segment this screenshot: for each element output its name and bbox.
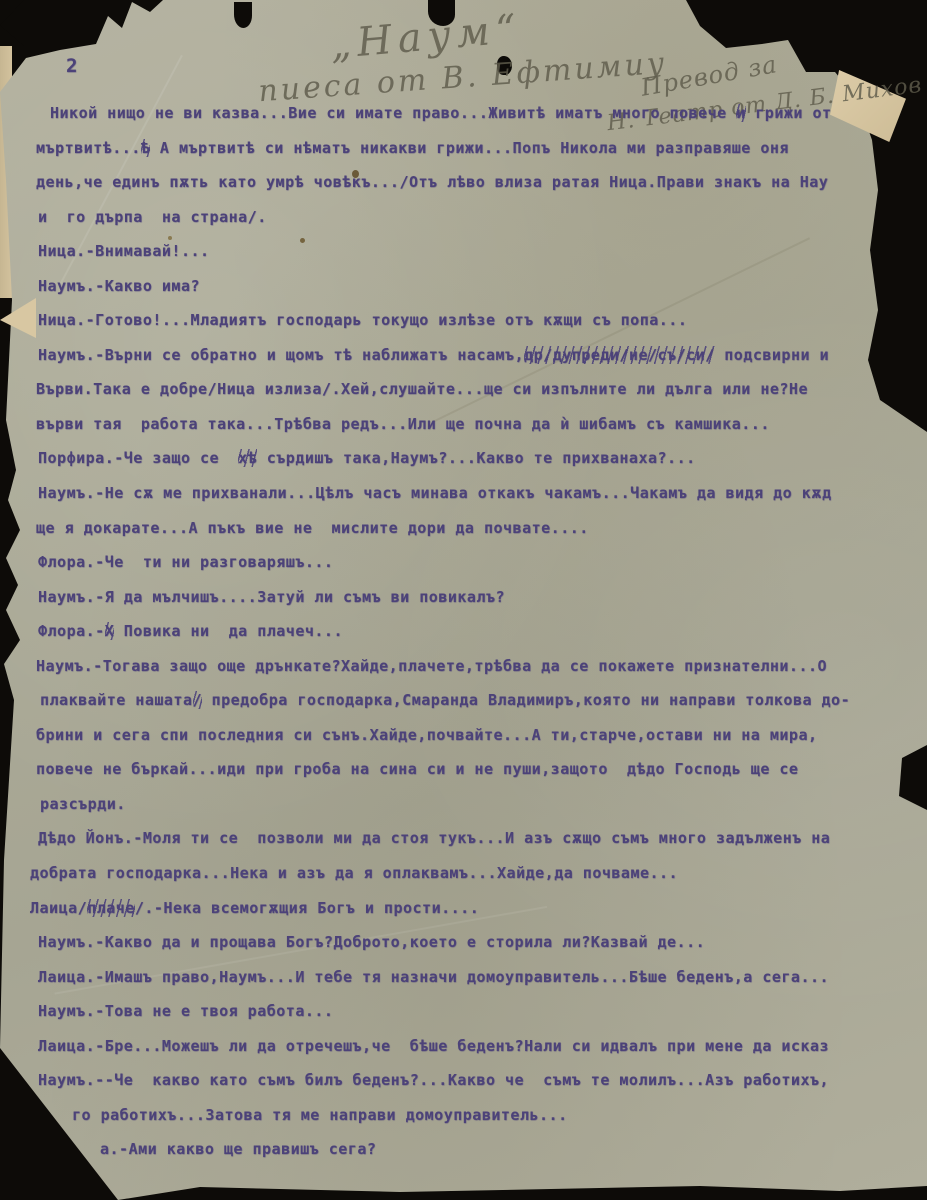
typed-line: а.-Ами какво ще правишъ сега? [0,1132,915,1167]
typed-line: Наумъ.-Какво да и прощава Богъ?Доброто,к… [0,925,915,960]
typed-line: Лаица/плаче/.-Нека всемогѫщия Богъ и про… [0,891,915,926]
typed-line: Лаица.-Имашъ право,Наумъ...И тебе тя наз… [0,960,915,995]
torn-hole [497,56,512,75]
typed-line: Наумъ.-Не сѫ ме прихванали...Цѣлъ часъ м… [0,476,915,511]
typed-line: Ница.-Внимавай!... [0,234,915,269]
typed-line: Порфира.-Че защо се хѣ сърдишъ така,Наум… [0,441,915,476]
typed-line: Наумъ.-Тогава защо още дрънкате?Хайде,пл… [0,649,915,684]
struck-text: Х [105,622,115,640]
typed-line: разсърди. [0,787,915,822]
page-number: 2 [66,55,78,77]
typed-line: день,че единъ пѫть като умрѣ човѣкъ.../О… [0,165,915,200]
typed-line: мъртвитѣ...Ѣ А мъртвитѣ си нѣматъ никакв… [0,131,915,166]
typed-line: Наумъ.-Това не е твоя работа... [0,994,915,1029]
typed-line: Лаица.-Бре...Можешъ ли да отречешъ,че бѣ… [0,1029,915,1064]
struck-text: хѣ [238,449,257,467]
typed-line: го работихъ...Затова тя ме направи домоу… [0,1098,915,1133]
typed-line: Наумъ.-Я да мълчишъ....Затуй ли съмъ ви … [0,580,915,615]
typed-line: Наумъ.-Какво има? [0,269,915,304]
typed-line: Никой нищо не ви казва...Вие си имате пр… [0,96,915,131]
typed-line: ще я докарате...А пъкъ вие не мислите до… [0,511,915,546]
torn-hole [234,2,252,28]
typed-line: Върви.Така е добре/Ница излиза/.Хей,слуш… [0,372,915,407]
typed-line: Наумъ.--Че какво като съмъ билъ беденъ?.… [0,1063,915,1098]
typed-line: и го дърпа на страна/. [0,200,915,235]
typed-line: добрата господарка...Нека и азъ да я опл… [0,856,915,891]
typed-line: Флора.-Че ти ни разговаряшъ... [0,545,915,580]
struck-text: / [193,691,203,709]
typewritten-text-block: Никой нищо не ви казва...Вие си имате пр… [0,96,915,1167]
struck-text: Ѣ [141,139,151,157]
typed-line: Ница.-Готово!...Младиятъ господарь токущ… [0,303,915,338]
typed-line: брини и сега спи последния си сънъ.Хайде… [0,718,915,753]
struck-text: плаче [87,899,135,917]
typed-line: плаквайте нашата/ предобра господарка,См… [0,683,915,718]
typed-line: Наумъ.-Върни се обратно и щомъ тѣ наближ… [0,338,915,373]
typed-line: Флора.-Х Повика ни да плачеч... [0,614,915,649]
typed-line: върви тая работа така...Трѣбва редъ...Ил… [0,407,915,442]
torn-notch [0,0,24,46]
torn-hole [428,0,455,26]
typed-line: Дѣдо Йонъ.-Моля ти се позволи ми да стоя… [0,821,915,856]
struck-text: и [736,104,746,122]
struck-text: др/дупреди/не/съ/си/ [524,346,715,364]
typed-line: повече не бъркай...иди при гроба на сина… [0,752,915,787]
